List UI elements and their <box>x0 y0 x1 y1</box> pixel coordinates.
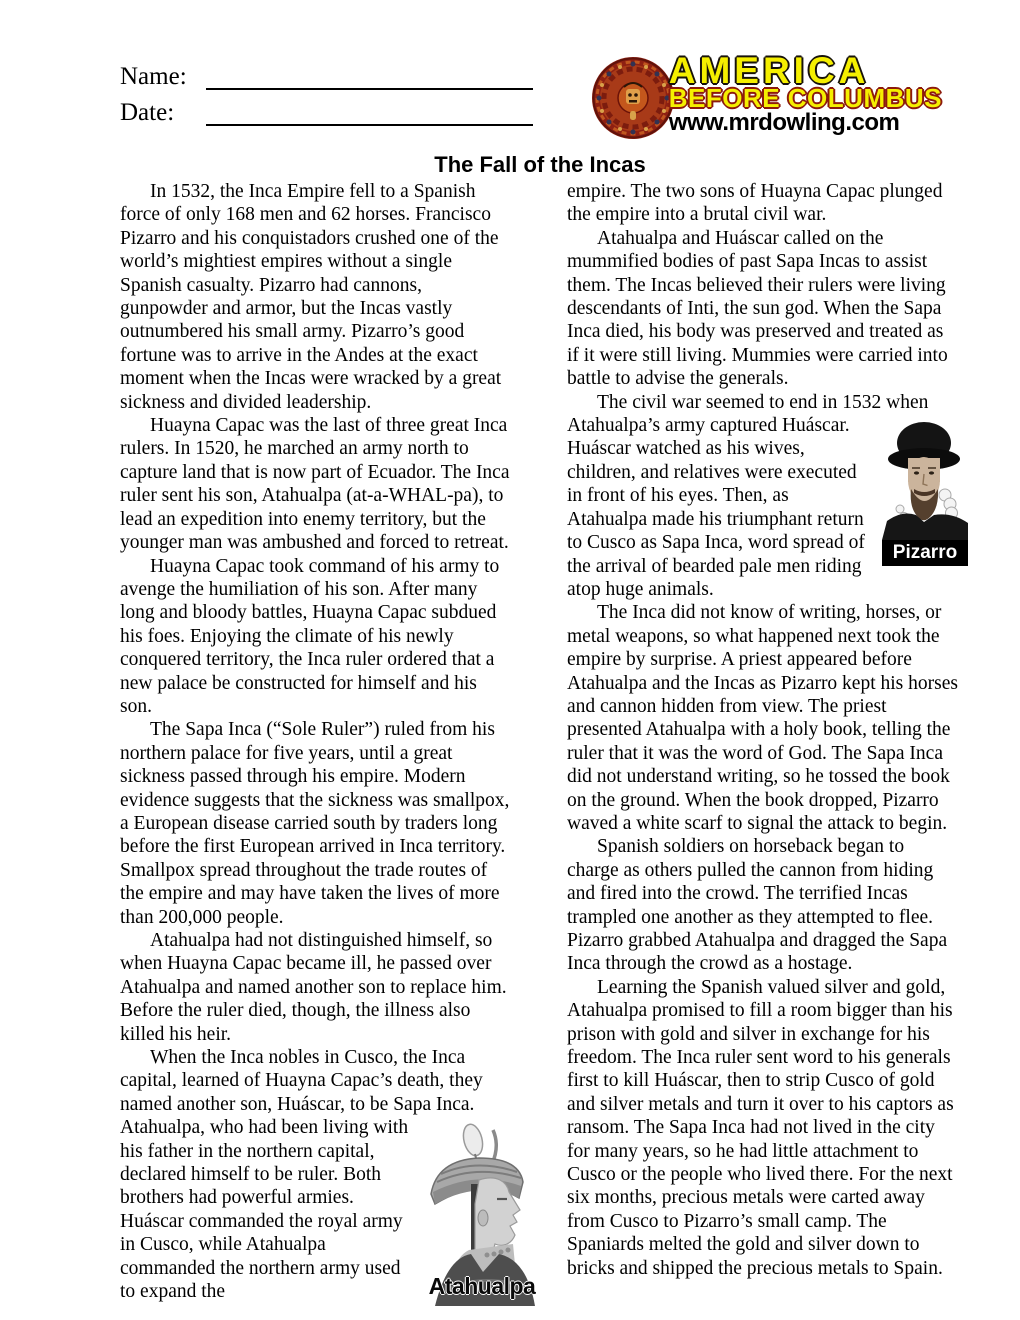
paragraph: The civil war seemed to end in 1532 when <box>567 391 960 414</box>
paragraph: Pizarro Atahualpa’s army captured Huásca… <box>567 414 960 601</box>
pizarro-portrait-image: Pizarro <box>882 416 968 566</box>
atahualpa-portrait-image: Atahualpa <box>421 1118 543 1306</box>
pizarro-caption: Pizarro <box>882 540 968 566</box>
date-blank-line <box>206 96 533 126</box>
paragraph: Spanish soldiers on horseback began to c… <box>567 835 960 975</box>
page-header: Name: Date: <box>120 54 960 146</box>
logo-before-columbus-text: BEFORE COLUMBUS <box>669 86 942 111</box>
logo-url-text: www.mrdowling.com <box>669 111 942 135</box>
date-label: Date: <box>120 99 206 127</box>
left-column: In 1532, the Inca Empire fell to a Spani… <box>120 180 513 1306</box>
paragraph: Huayna Capac was the last of three great… <box>120 414 513 554</box>
paragraph: In 1532, the Inca Empire fell to a Spani… <box>120 180 513 414</box>
worksheet-page: Name: Date: <box>0 0 1020 1320</box>
paragraph: The Inca did not know of writing, horses… <box>567 601 960 835</box>
name-row: Name: <box>120 54 535 90</box>
pizarro-portrait-drawing <box>882 416 968 540</box>
paragraph: Huayna Capac took command of his army to… <box>120 555 513 719</box>
article-body: In 1532, the Inca Empire fell to a Spani… <box>120 180 960 1306</box>
logo-america-text: AMERICA <box>669 56 942 86</box>
paragraph: Atahualpa had not distinguished himself,… <box>120 929 513 1046</box>
atahualpa-caption: Atahualpa <box>421 1275 543 1298</box>
paragraph: Atahualpa Atahualpa, who had been living… <box>120 1116 513 1303</box>
right-column: empire. The two sons of Huayna Capac plu… <box>567 180 960 1306</box>
site-logo: AMERICA BEFORE COLUMBUS www.mrdowling.co… <box>591 56 942 140</box>
paragraph: Atahualpa and Huáscar called on the mumm… <box>567 227 960 391</box>
name-label: Name: <box>120 63 206 91</box>
paragraph: The Sapa Inca (“Sole Ruler”) ruled from … <box>120 718 513 929</box>
page-title: The Fall of the Incas <box>120 152 960 178</box>
paragraph: When the Inca nobles in Cusco, the Inca … <box>120 1046 513 1116</box>
paragraph: Learning the Spanish valued silver and g… <box>567 976 960 1280</box>
aztec-calendar-medallion-icon <box>591 56 675 140</box>
paragraph: empire. The two sons of Huayna Capac plu… <box>567 180 960 227</box>
date-row: Date: <box>120 90 535 126</box>
name-blank-line <box>206 60 533 90</box>
